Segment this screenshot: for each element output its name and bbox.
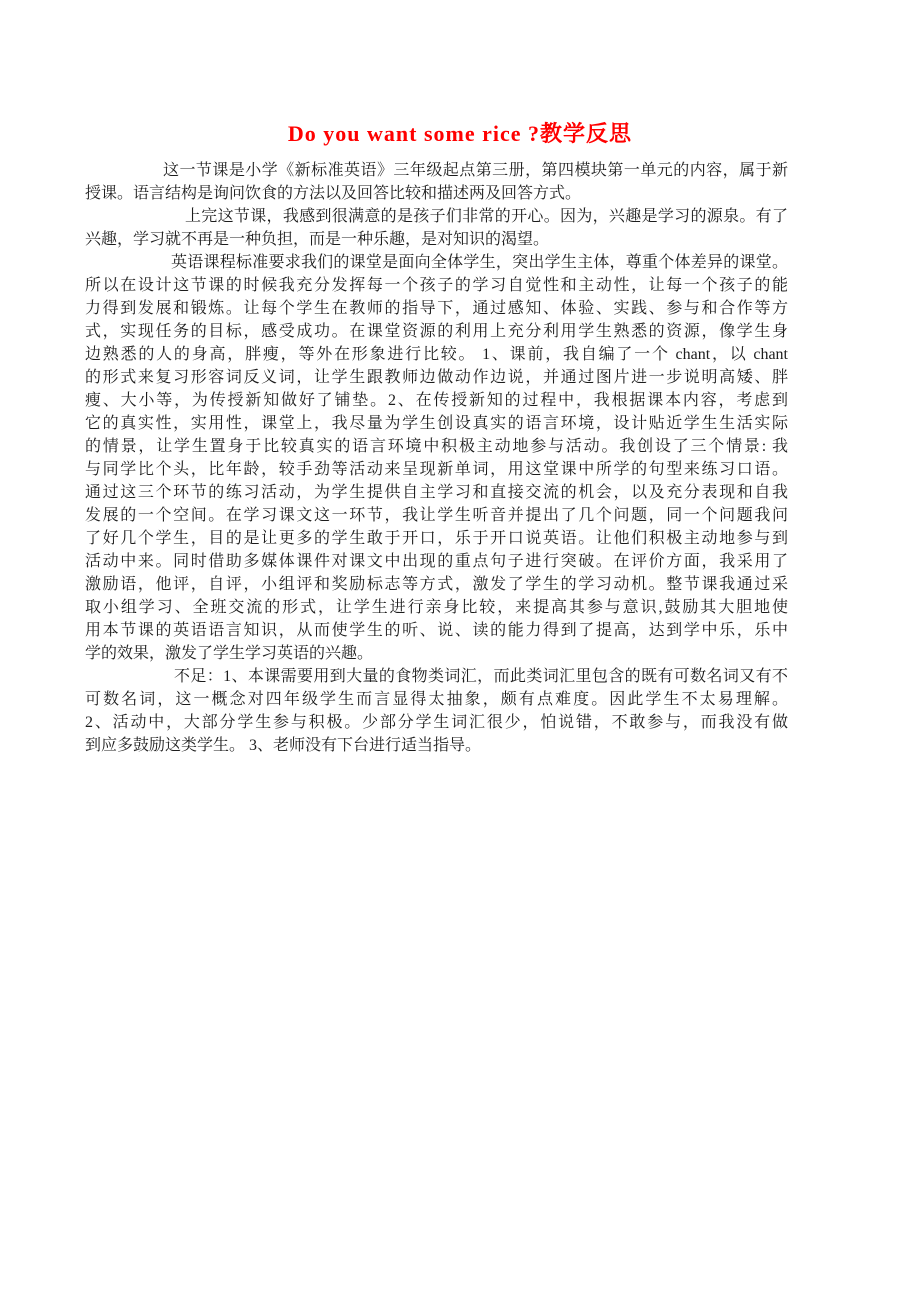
- text-line: 发展的一个空间。在学习课文这一环节，我让学生听音并提出了几个问题，同一个问题我问: [85, 504, 788, 527]
- text-line: 它的真实性，实用性，课堂上，我尽量为学生创设真实的语言环境，设计贴近学生生活实际: [85, 412, 788, 435]
- text-line: 2、活动中，大部分学生参与积极。少部分学生词汇很少，怕说错，不敢参与，而我没有做: [85, 711, 788, 734]
- text-line: 英语课程标准要求我们的课堂是面向全体学生，突出学生主体，尊重个体差异的课堂。: [85, 251, 788, 274]
- text-line: 的情景，让学生置身于比较真实的语言环境中积极主动地参与活动。我创设了三个情景: …: [85, 435, 788, 458]
- document-body: 这一节课是小学《新标准英语》三年级起点第三册，第四模块第一单元的内容，属于新授课…: [85, 159, 788, 757]
- text-line: 了好几个学生，目的是让更多的学生敢于开口，乐于开口说英语。让他们积极主动地参与到: [85, 527, 788, 550]
- text-line: 与同学比个头，比年龄，较手劲等活动来呈现新单词，用这堂课中所学的句型来练习口语。: [85, 458, 788, 481]
- text-line: 到应多鼓励这类学生。 3、老师没有下台进行适当指导。: [85, 734, 788, 757]
- text-line: 这一节课是小学《新标准英语》三年级起点第三册，第四模块第一单元的内容，属于新: [85, 159, 788, 182]
- text-line: 兴趣，学习就不再是一种负担，而是一种乐趣，是对知识的渴望。: [85, 228, 788, 251]
- document-title: Do you want some rice ?教学反思: [0, 117, 920, 148]
- text-line: 活动中来。同时借助多媒体课件对课文中出现的重点句子进行突破。在评价方面，我采用了: [85, 550, 788, 573]
- text-line: 通过这三个环节的练习活动，为学生提供自主学习和直接交流的机会，以及充分表现和自我: [85, 481, 788, 504]
- text-line: 所以在设计这节课的时候我充分发挥每一个孩子的学习自觉性和主动性，让每一个孩子的能: [85, 274, 788, 297]
- text-line: 式，实现任务的目标，感受成功。在课堂资源的利用上充分利用学生熟悉的资源，像学生身: [85, 320, 788, 343]
- text-line: 瘦、大小等，为传授新知做好了铺垫。2、在传授新知的过程中，我根据课本内容，考虑到: [85, 389, 788, 412]
- paragraph: 这一节课是小学《新标准英语》三年级起点第三册，第四模块第一单元的内容，属于新授课…: [85, 159, 788, 205]
- text-line: 用本节课的英语语言知识，从而使学生的听、说、读的能力得到了提高，达到学中乐，乐中: [85, 619, 788, 642]
- text-line: 力得到发展和锻炼。让每个学生在教师的指导下，通过感知、体验、实践、参与和合作等方: [85, 297, 788, 320]
- paragraph: 不足：1、本课需要用到大量的食物类词汇，而此类词汇里包含的既有可数名词又有不可数…: [85, 665, 788, 757]
- text-line: 激励语，他评，自评，小组评和奖励标志等方式，激发了学生的学习动机。整节课我通过采: [85, 573, 788, 596]
- text-line: 授课。语言结构是询问饮食的方法以及回答比较和描述两及回答方式。: [85, 182, 788, 205]
- text-line: 上完这节课，我感到很满意的是孩子们非常的开心。因为，兴趣是学习的源泉。有了: [85, 205, 788, 228]
- paragraph: 英语课程标准要求我们的课堂是面向全体学生，突出学生主体，尊重个体差异的课堂。所以…: [85, 251, 788, 665]
- text-line: 可数名词，这一概念对四年级学生而言显得太抽象，颇有点难度。因此学生不太易理解。: [85, 688, 788, 711]
- text-line: 不足：1、本课需要用到大量的食物类词汇，而此类词汇里包含的既有可数名词又有不: [85, 665, 788, 688]
- text-line: 学的效果，激发了学生学习英语的兴趣。: [85, 642, 788, 665]
- document-page: Do you want some rice ?教学反思 这一节课是小学《新标准英…: [0, 0, 920, 1302]
- paragraph: 上完这节课，我感到很满意的是孩子们非常的开心。因为，兴趣是学习的源泉。有了兴趣，…: [85, 205, 788, 251]
- text-line: 取小组学习、全班交流的形式，让学生进行亲身比较，来提高其参与意识,鼓励其大胆地使: [85, 596, 788, 619]
- text-line: 边熟悉的人的身高，胖瘦，等外在形象进行比较。 1、课前，我自编了一个 chant…: [85, 343, 788, 366]
- text-line: 的形式来复习形容词反义词，让学生跟教师边做动作边说，并通过图片进一步说明高矮、胖: [85, 366, 788, 389]
